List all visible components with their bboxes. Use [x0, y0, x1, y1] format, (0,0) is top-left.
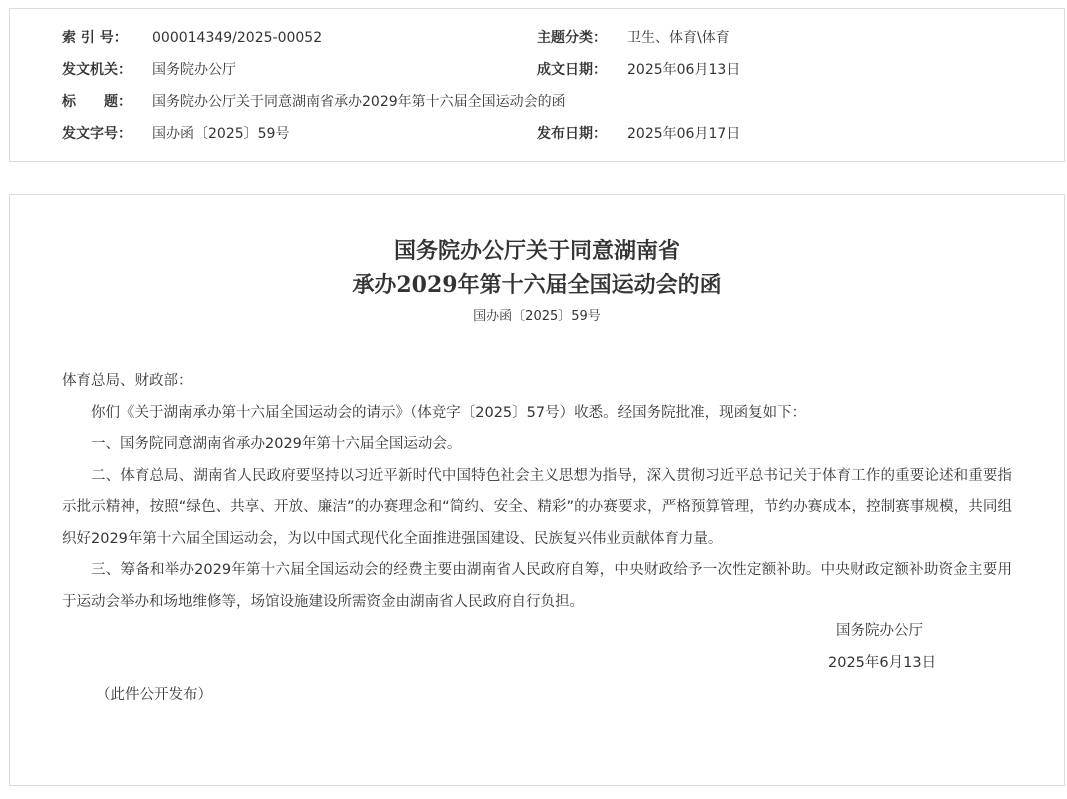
paragraph-intro: 你们《关于湖南承办第十六届全国运动会的请示》（体竞字〔2025〕57号）收悉。经…: [62, 398, 1012, 430]
meta-label: 发文字号：: [62, 122, 152, 146]
meta-value: 国办函〔2025〕59号: [152, 122, 289, 146]
meta-written-date: 成文日期：2025年06月13日: [537, 58, 740, 82]
meta-label: 成文日期：: [537, 58, 627, 82]
document-content: 体育总局、财政部： 你们《关于湖南承办第十六届全国运动会的请示》（体竞字〔202…: [62, 366, 1012, 618]
meta-title: 标 题：国务院办公厅关于同意湖南省承办2029年第十六届全国运动会的函: [62, 90, 566, 114]
meta-label: 索 引 号：: [62, 26, 152, 50]
meta-index-number: 索 引 号：000014349/2025-00052: [62, 26, 322, 50]
meta-label: 发布日期：: [537, 122, 627, 146]
meta-value: 卫生、体育\体育: [627, 26, 730, 50]
meta-category: 主题分类：卫生、体育\体育: [537, 26, 730, 50]
salutation: 体育总局、财政部：: [62, 366, 1012, 398]
meta-document-number: 发文字号：国办函〔2025〕59号: [62, 122, 289, 146]
meta-label: 标 题：: [62, 90, 152, 114]
meta-issuer: 发文机关：国务院办公厅: [62, 58, 236, 82]
paragraph-3: 三、筹备和举办2029年第十六届全国运动会的经费主要由湖南省人民政府自筹，中央财…: [62, 555, 1012, 618]
paragraph-1: 一、国务院同意湖南省承办2029年第十六届全国运动会。: [62, 429, 1012, 461]
document-number: 国办函〔2025〕59号: [10, 307, 1064, 327]
paragraph-2: 二、体育总局、湖南省人民政府要坚持以习近平新时代中国特色社会主义思想为指导，深入…: [62, 461, 1012, 556]
document-title-line-2: 承办2029年第十六届全国运动会的函: [10, 268, 1064, 302]
meta-publish-date: 发布日期：2025年06月17日: [537, 122, 740, 146]
document-body-panel: 国务院办公厅关于同意湖南省 承办2029年第十六届全国运动会的函 国办函〔202…: [9, 194, 1065, 786]
meta-label: 主题分类：: [537, 26, 627, 50]
signature: 国务院办公厅: [836, 621, 923, 641]
meta-value: 2025年06月17日: [627, 122, 740, 146]
meta-value: 000014349/2025-00052: [152, 26, 322, 50]
meta-value: 国务院办公厅: [152, 58, 236, 82]
publication-note: （此件公开发布）: [96, 685, 212, 705]
meta-label: 发文机关：: [62, 58, 152, 82]
meta-value: 国务院办公厅关于同意湖南省承办2029年第十六届全国运动会的函: [152, 90, 566, 114]
meta-value: 2025年06月13日: [627, 58, 740, 82]
document-metadata-panel: 索 引 号：000014349/2025-00052 发文机关：国务院办公厅 标…: [9, 8, 1065, 162]
signature-date: 2025年6月13日: [828, 653, 936, 673]
document-title-line-1: 国务院办公厅关于同意湖南省: [10, 234, 1064, 268]
